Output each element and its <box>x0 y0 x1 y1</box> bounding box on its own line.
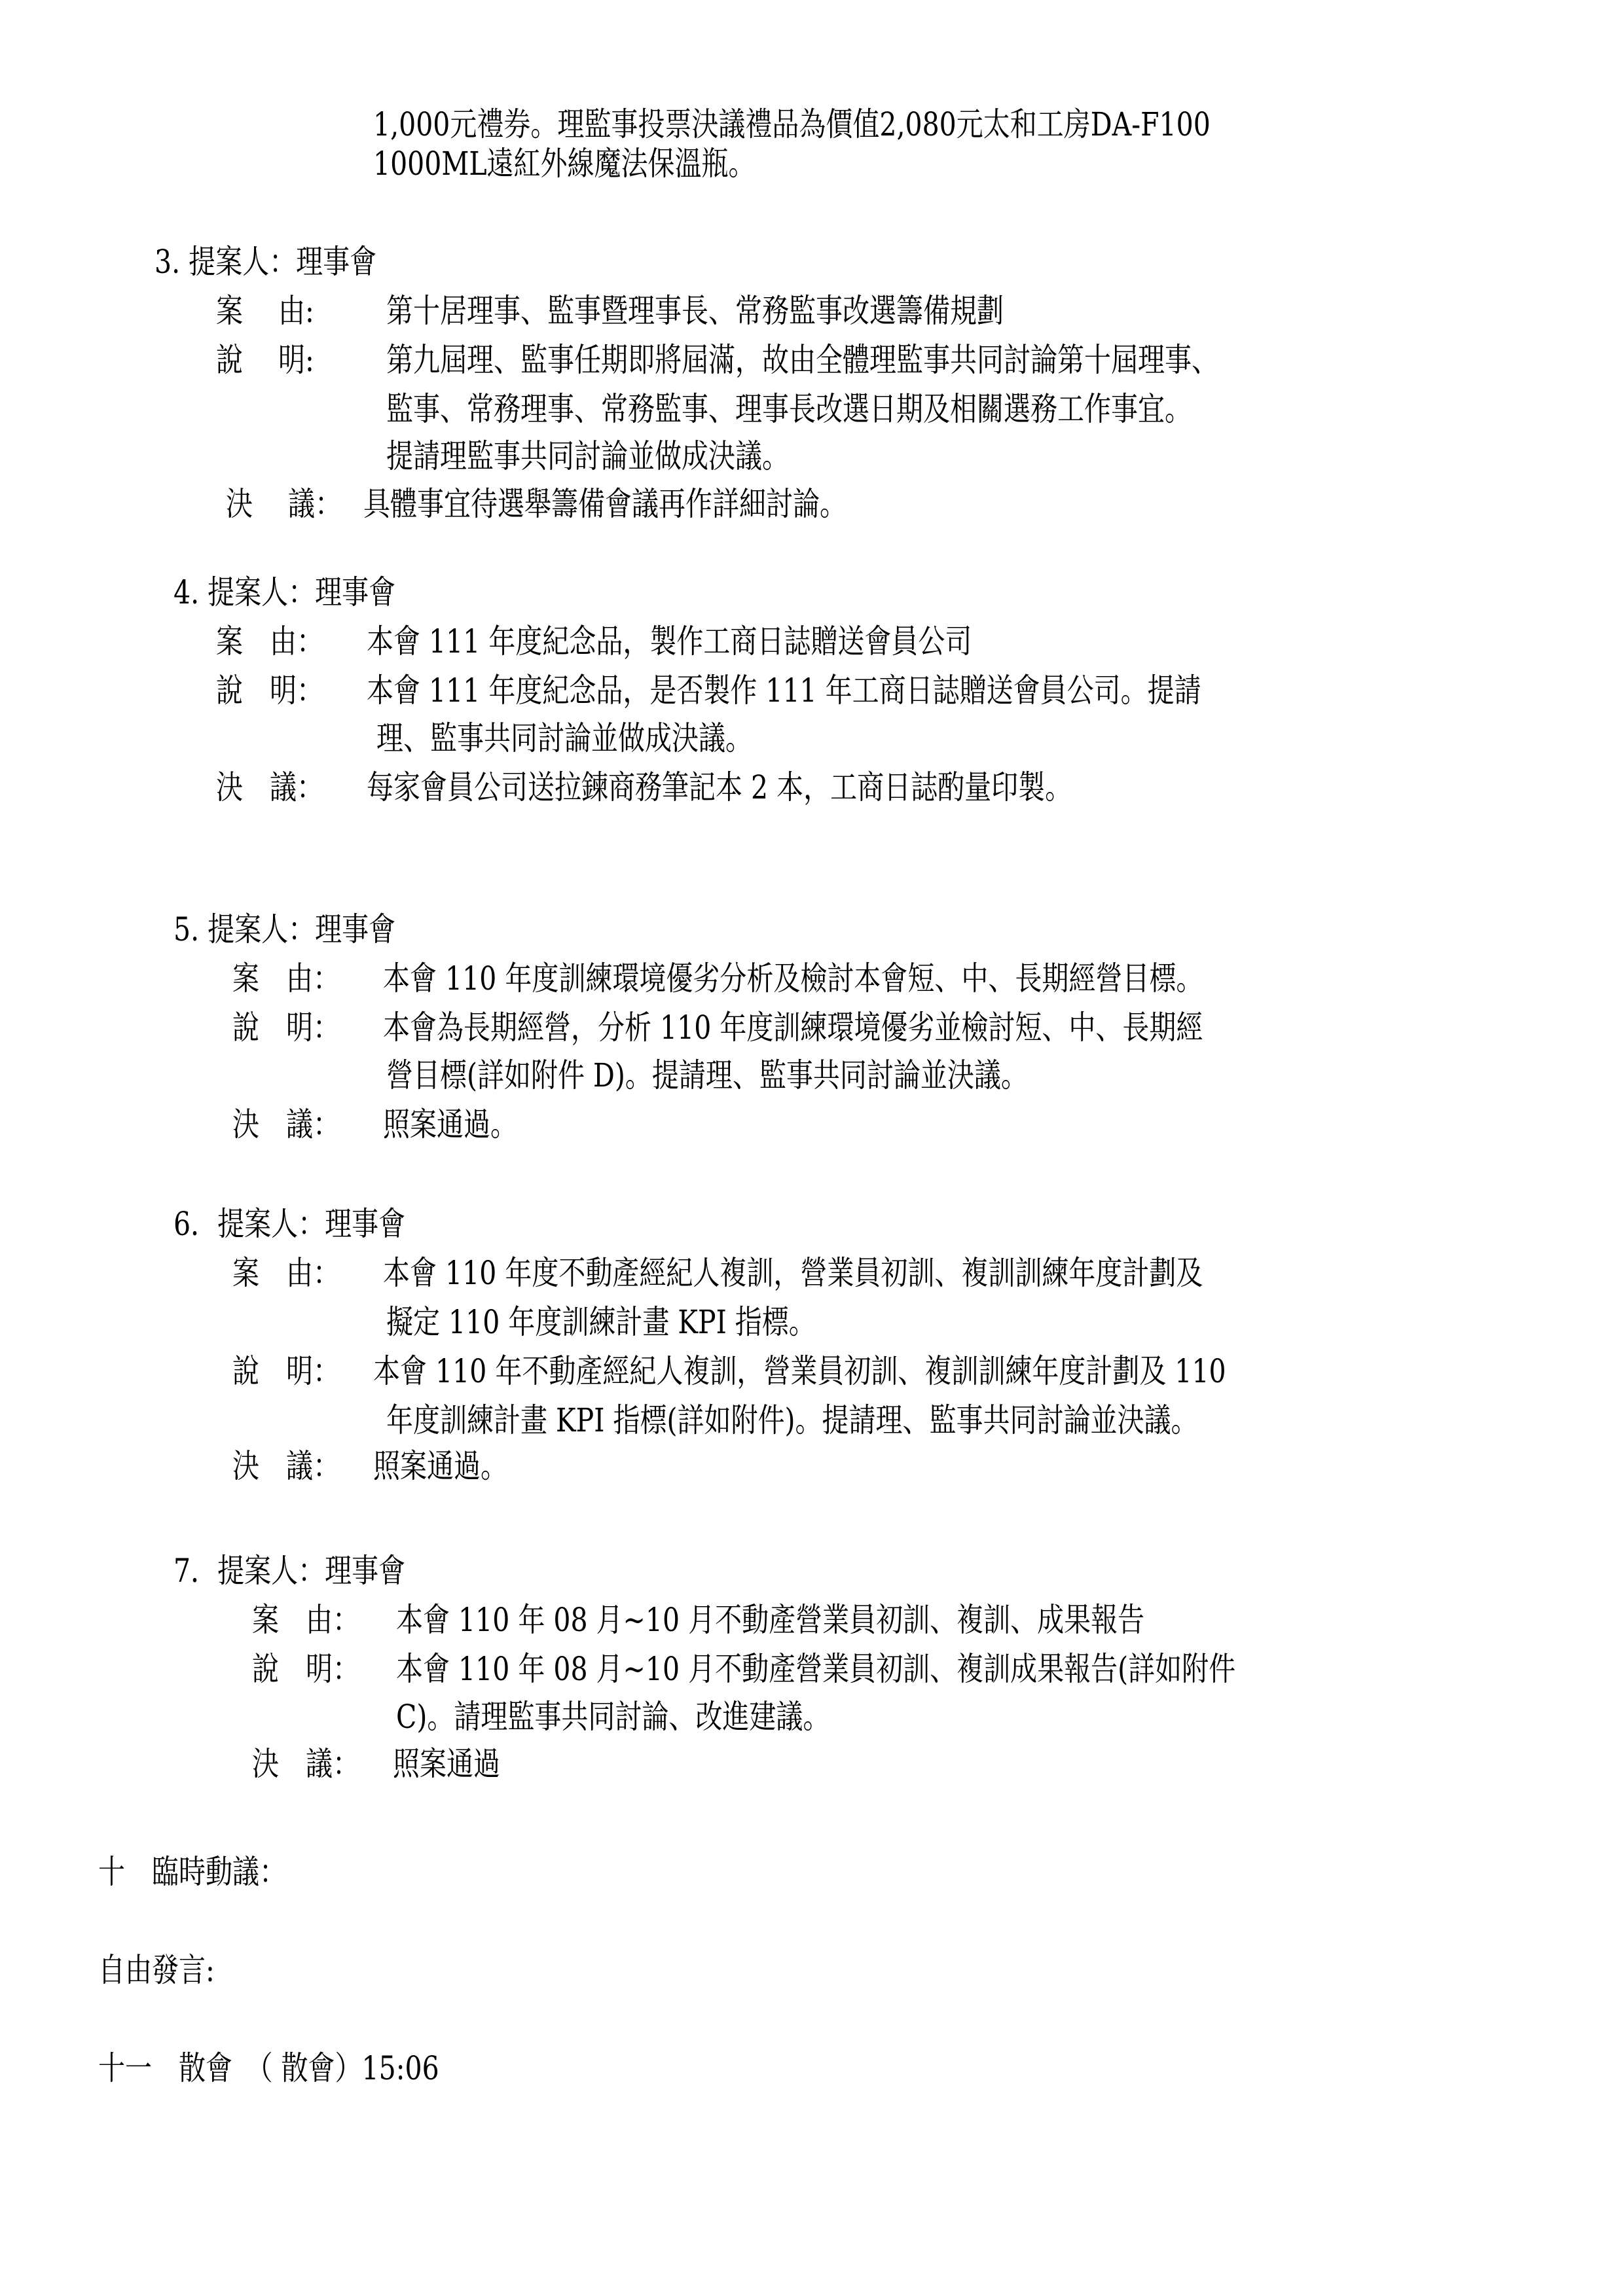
explain-text: 提請理監事共同討論並做成決議。 <box>386 433 789 479</box>
reason-text: 擬定 110 年度訓練計畫 KPI 指標。 <box>386 1299 816 1345</box>
resolution-label: 決 議： <box>232 1443 340 1489</box>
resolution-text: 照案通過。 <box>383 1102 517 1147</box>
resolution-text: 照案通過。 <box>373 1443 507 1489</box>
explain-text: 本會 110 年不動產經紀人複訓，營業員初訓、複訓訓練年度計劃及 110 <box>373 1348 1226 1394</box>
explain-label: 說 明： <box>216 668 323 713</box>
reason-text: 本會 111 年度紀念品，製作工商日誌贈送會員公司 <box>367 619 972 664</box>
reason-text: 本會 110 年度不動產經紀人複訓，營業員初訓、複訓訓練年度計劃及 <box>383 1250 1203 1296</box>
resolution-text: 具體事宜待選舉籌備會議再作詳細討論。 <box>363 481 847 527</box>
explain-label: 說 明： <box>232 1005 340 1050</box>
resolution-label: 決 議： <box>232 1102 340 1147</box>
resolution-label: 決 議： <box>216 764 323 810</box>
proposal-heading: 7．提案人：理事會 <box>173 1548 405 1594</box>
reason-text: 第十居理事、監事暨理事長、常務監事改選籌備規劃 <box>386 288 1004 334</box>
section-adjourn: 十一 散會 （ 散會）15:06 <box>98 2045 439 2091</box>
resolution-text: 每家會員公司送拉鍊商務筆記本 2 本，工商日誌酌量印製。 <box>367 764 1072 810</box>
reason-label: 案 由： <box>232 1250 340 1296</box>
reason-label: 案 由： <box>252 1597 359 1643</box>
resolution-label: 決 議： <box>226 481 342 527</box>
explain-text: 理、監事共同討論並做成決議。 <box>376 715 752 761</box>
reason-label: 案 由: <box>216 288 314 334</box>
explain-text: 年度訓練計畫 KPI 指標(詳如附件)。提請理、監事共同討論並決議。 <box>386 1397 1197 1443</box>
explain-text: 本會 111 年度紀念品，是否製作 111 年工商日誌贈送會員公司。提請 <box>367 668 1201 713</box>
explain-label: 說 明： <box>232 1348 340 1394</box>
reason-label: 案 由： <box>232 956 340 1001</box>
explain-label: 說 明: <box>216 337 314 383</box>
explain-text: 監事、常務理事、常務監事、理事長改選日期及相關選務工作事宜。 <box>386 386 1192 432</box>
reason-text: 本會 110 年 08 月~10 月不動產營業員初訓、複訓、成果報告 <box>396 1597 1144 1643</box>
explain-text: 本會為長期經營，分析 110 年度訓練環境優劣並檢討短、中、長期經 <box>383 1005 1203 1050</box>
reason-label: 案 由： <box>216 619 323 664</box>
resolution-label: 決 議： <box>252 1741 359 1787</box>
explain-text: C)。請理監事共同討論、改進建議。 <box>396 1694 830 1740</box>
explain-label: 說 明： <box>252 1646 359 1692</box>
proposal-heading: 4. 提案人：理事會 <box>173 569 395 615</box>
section-extempore-motions: 十 臨時動議： <box>98 1849 286 1895</box>
proposal-heading: 6．提案人：理事會 <box>173 1201 405 1247</box>
proposal-heading: 5. 提案人：理事會 <box>173 906 395 952</box>
explain-text: 營目標(詳如附件 D)。提請理、監事共同討論並決議。 <box>386 1052 1028 1098</box>
section-free-speech: 自由發言: <box>98 1947 215 1993</box>
explain-text: 本會 110 年 08 月~10 月不動產營業員初訓、複訓成果報告(詳如附件 <box>396 1646 1235 1692</box>
intro-line-2: 1000ML遠紅外線魔法保溫瓶。 <box>373 141 756 187</box>
explain-text: 第九屆理、監事任期即將屆滿，故由全體理監事共同討論第十屆理事、 <box>386 337 1218 383</box>
reason-text: 本會 110 年度訓練環境優劣分析及檢討本會短、中、長期經營目標。 <box>383 956 1203 1001</box>
proposal-heading: 3. 提案人：理事會 <box>155 239 376 285</box>
resolution-text: 照案通過 <box>393 1741 500 1787</box>
